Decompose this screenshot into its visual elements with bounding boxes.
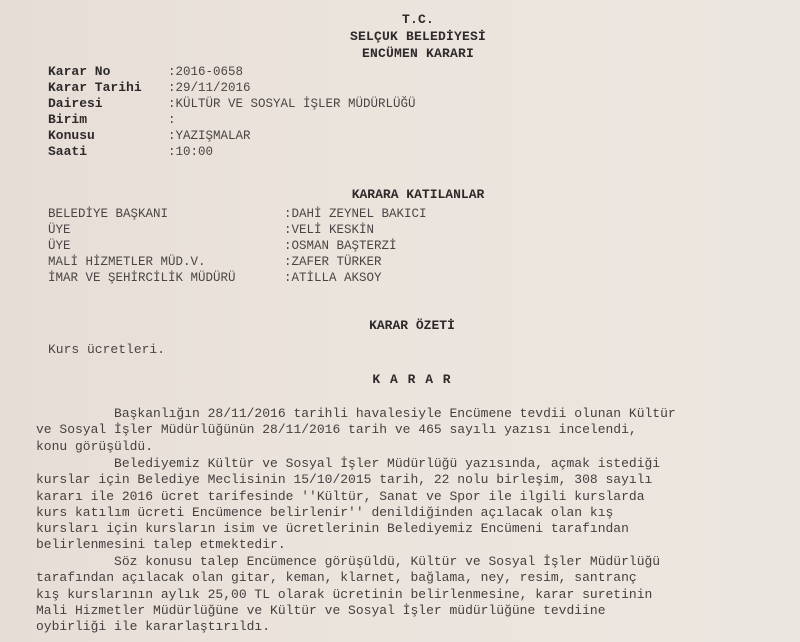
participant-name: :OSMAN BAŞTERZİ (284, 239, 397, 253)
meta-value: :KÜLTÜR VE SOSYAL İŞLER MÜDÜRLÜĞÜ (168, 97, 416, 111)
participant-name: :VELİ KESKİN (284, 223, 374, 237)
participant-row: MALİ HİZMETLER MÜD.V.:ZAFER TÜRKER (48, 254, 427, 270)
participant-role: ÜYE (48, 222, 284, 238)
meta-label: Saati (48, 144, 168, 160)
participant-row: ÜYE:VELİ KESKİN (48, 222, 427, 238)
participant-row: İMAR VE ŞEHİRCİLİK MÜDÜRÜ:ATİLLA AKSOY (48, 270, 427, 286)
decision-paragraph-3: Söz konusu talep Encümence görüşüldü, Kü… (36, 554, 496, 635)
participants-list: BELEDİYE BAŞKANI:DAHİ ZEYNEL BAKICI ÜYE:… (48, 206, 427, 286)
header-tc: T.C. (18, 12, 800, 27)
meta-label: Konusu (48, 128, 168, 144)
meta-value: : (168, 113, 176, 127)
meta-value: :2016-0658 (168, 65, 243, 79)
participant-role: İMAR VE ŞEHİRCİLİK MÜDÜRÜ (48, 270, 284, 286)
decision-title: K A R A R (12, 372, 800, 387)
participant-name: :DAHİ ZEYNEL BAKICI (284, 207, 427, 221)
meta-label: Karar Tarihi (48, 80, 168, 96)
summary-text: Kurs ücretleri. (48, 342, 165, 357)
participant-name: :ZAFER TÜRKER (284, 255, 382, 269)
decision-paragraph-1: Başkanlığın 28/11/2016 tarihli havalesiy… (36, 406, 496, 455)
meta-row-department: Dairesi:KÜLTÜR VE SOSYAL İŞLER MÜDÜRLÜĞÜ (48, 96, 416, 112)
participant-role: MALİ HİZMETLER MÜD.V. (48, 254, 284, 270)
meta-value: :29/11/2016 (168, 81, 251, 95)
meta-label: Birim (48, 112, 168, 128)
meta-row-decision-date: Karar Tarihi:29/11/2016 (48, 80, 416, 96)
meta-row-time: Saati:10:00 (48, 144, 416, 160)
decision-paragraph-2: Belediyemiz Kültür ve Sosyal İşler Müdür… (36, 456, 496, 554)
meta-label: Karar No (48, 64, 168, 80)
participants-title: KARARA KATILANLAR (18, 187, 800, 202)
meta-value: :10:00 (168, 145, 213, 159)
meta-row-subject: Konusu:YAZIŞMALAR (48, 128, 416, 144)
meta-row-decision-no: Karar No:2016-0658 (48, 64, 416, 80)
participant-row: ÜYE:OSMAN BAŞTERZİ (48, 238, 427, 254)
participant-name: :ATİLLA AKSOY (284, 271, 382, 285)
meta-value: :YAZIŞMALAR (168, 129, 251, 143)
summary-title: KARAR ÖZETİ (12, 318, 800, 333)
meta-row-unit: Birim: (48, 112, 416, 128)
participant-row: BELEDİYE BAŞKANI:DAHİ ZEYNEL BAKICI (48, 206, 427, 222)
meta-label: Dairesi (48, 96, 168, 112)
header-municipality: SELÇUK BELEDİYESİ (18, 29, 800, 44)
decision-metadata: Karar No:2016-0658 Karar Tarihi:29/11/20… (48, 64, 416, 160)
document-page: T.C. SELÇUK BELEDİYESİ ENCÜMEN KARARI Ka… (0, 0, 800, 642)
header-document-type: ENCÜMEN KARARI (18, 46, 800, 61)
participant-role: ÜYE (48, 238, 284, 254)
participant-role: BELEDİYE BAŞKANI (48, 206, 284, 222)
